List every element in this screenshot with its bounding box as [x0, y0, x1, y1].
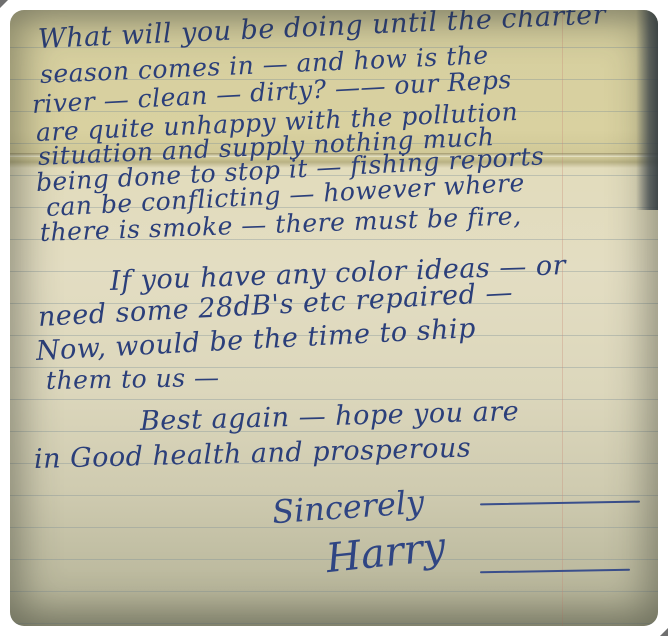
letter-signature: Harry	[324, 524, 448, 582]
letter-photo: What will you be doing until the charter…	[10, 10, 658, 626]
letter-line: in Good health and prosperous	[34, 433, 472, 475]
letter-line: Best again — hope you are	[140, 396, 520, 437]
signature-flourish	[480, 569, 630, 574]
letter-line: them to us —	[46, 363, 220, 395]
closing-flourish	[480, 501, 640, 506]
photo-frame: What will you be doing until the charter…	[0, 0, 668, 636]
letter-closing: Sincerely	[271, 483, 425, 532]
letter-body: What will you be doing until the charter…	[10, 10, 658, 626]
